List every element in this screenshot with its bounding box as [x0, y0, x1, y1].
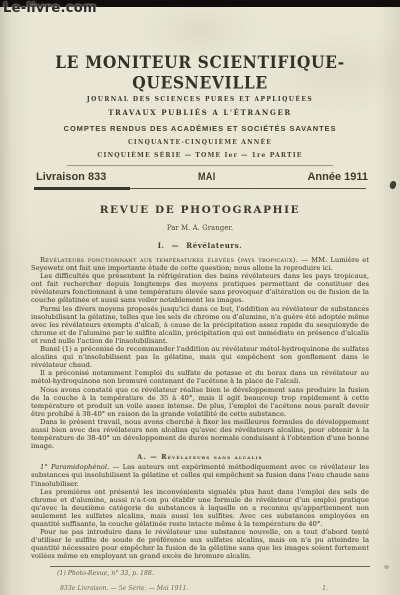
- journal-series-line: CINQUIÈME SÉRIE — TOME Ier — 1re PARTIE: [0, 152, 400, 159]
- section-heading: I. — Révélateurs.: [0, 241, 400, 250]
- paragraph-lead: Révélateurs fonctionnant aux température…: [40, 256, 298, 264]
- journal-subtitle-1: JOURNAL DES SCIENCES PURES ET APPLIQUÉES: [0, 96, 400, 103]
- body-paragraph: Les premières ont présenté les inconvéni…: [31, 488, 369, 528]
- footnote: (1) Photo-Revue, n° 33, p. 188.: [57, 570, 369, 577]
- body-paragraph: Il a préconisé notamment l'emploi du sul…: [31, 369, 369, 385]
- issue-number: Livraison 833: [36, 171, 106, 183]
- signature-line: 833e Livraison. — 5e Série. — Mai 1911.: [60, 585, 188, 592]
- signature-row: 833e Livraison. — 5e Série. — Mai 1911. …: [60, 585, 328, 592]
- issue-row: Livraison 833 MAI Année 1911: [0, 171, 400, 183]
- issue-year: Année 1911: [307, 171, 368, 183]
- paragraph-text: Dans le présent travail, nous avons cher…: [31, 418, 369, 450]
- masthead: LE MONITEUR SCIENTIFIQUE-QUESNEVILLE JOU…: [0, 0, 400, 189]
- article-title: REVUE DE PHOTOGRAPHIE: [0, 204, 400, 216]
- paragraph-text: Les premières ont présenté les inconvéni…: [31, 488, 369, 528]
- paragraph-text: Bunel (1) a préconisé de recommander l'a…: [31, 345, 369, 369]
- paragraph-text: Parmi les divers moyens proposés jusqu'i…: [31, 305, 369, 345]
- page-mark: 1.: [322, 585, 328, 592]
- body-paragraph: Parmi les divers moyens proposés jusqu'i…: [31, 305, 369, 345]
- footnote-rule: [50, 566, 370, 567]
- body-paragraph: Bunel (1) a préconisé de recommander l'a…: [31, 345, 369, 369]
- body-paragraph: Les difficultés que présentent la réfrig…: [31, 272, 369, 304]
- subsection-heading: A. — Révélateurs sans alcalis: [31, 453, 369, 461]
- watermark-text: Le-livre.com: [3, 1, 97, 16]
- journal-year-line: CINQUANTE-CINQUIÈME ANNÉE: [0, 139, 400, 146]
- paragraph-text: Nous avons constaté que ce révélateur ré…: [31, 386, 369, 418]
- body-paragraph: Pour ne pas introduire dans le révélateu…: [31, 528, 369, 560]
- journal-subtitle-3: COMPTES RENDUS DES ACADÉMIES ET SOCIÉTÉS…: [0, 124, 400, 133]
- series-divider-rule: [67, 165, 333, 166]
- scanned-journal-page: Le-livre.com LE MONITEUR SCIENTIFIQUE-QU…: [0, 0, 400, 595]
- paragraph-text: Les difficultés que présentent la réfrig…: [31, 272, 369, 304]
- body-paragraph: Révélateurs fonctionnant aux température…: [31, 256, 369, 272]
- article: REVUE DE PHOTOGRAPHIE Par M. A. Granger.…: [0, 204, 400, 592]
- article-body: Révélateurs fonctionnant aux température…: [31, 256, 369, 560]
- article-byline: Par M. A. Granger.: [0, 224, 400, 232]
- journal-title: LE MONITEUR SCIENTIFIQUE-QUESNEVILLE: [0, 52, 400, 93]
- masthead-bottom-rule: [34, 188, 366, 189]
- body-paragraph: Nous avons constaté que ce révélateur ré…: [31, 386, 369, 418]
- issue-month: MAI: [198, 171, 216, 183]
- body-paragraph: 1° Paramidophénol. — Les auteurs ont exp…: [31, 463, 369, 487]
- paragraph-text: Pour ne pas introduire dans le révélateu…: [31, 528, 369, 560]
- paragraph-text: Il a préconisé notamment l'emploi du sul…: [31, 369, 369, 385]
- body-paragraph: Dans le présent travail, nous avons cher…: [31, 418, 369, 450]
- journal-subtitle-2: TRAVAUX PUBLIÉS A L'ÉTRANGER: [0, 108, 400, 117]
- paper-speck-artifact: [384, 565, 389, 569]
